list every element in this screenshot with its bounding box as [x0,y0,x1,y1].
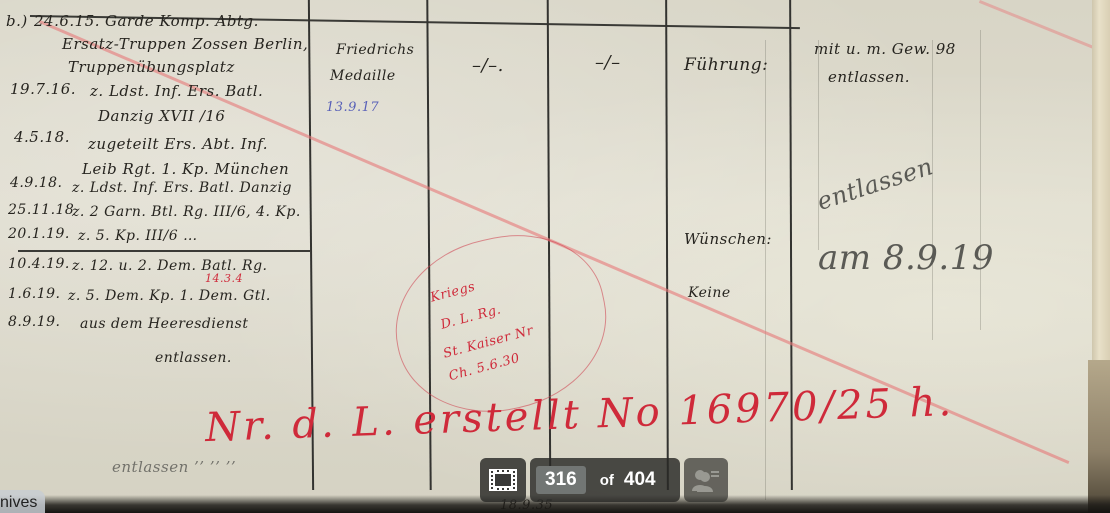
archives-link[interactable]: nives [0,490,45,513]
red-strike-line [979,0,1110,55]
people-list-icon [691,467,721,493]
entry-date: 8.9.19. [8,314,60,330]
dash-mark: –/–. [472,55,504,76]
entry-text: z. 2 Garn. Btl. Rg. III/6, 4. Kp. [72,204,301,220]
remarks-line2: entlassen. [828,68,910,86]
faint-rule [932,40,933,340]
entry-text: Danzig XVII /16 [98,107,225,125]
viewer-controls: 316 of 404 [480,458,728,502]
current-page-input[interactable]: 316 [536,466,586,494]
entry-text: z. 5. Dem. Kp. 1. Dem. Gtl. [68,288,271,304]
entry-text: z. Ldst. Inf. Ers. Batl. Danzig [72,180,292,196]
entry-text: Ersatz-Truppen Zossen Berlin, [62,35,308,53]
medal-line2: Medaille [330,68,396,84]
entry-text: Garde Komp. Abtg. [105,12,259,30]
remarks-line1: mit u. m. Gew. 98 [814,40,956,58]
pencil-remark: entlassen [814,152,937,216]
filmstrip-icon [488,468,518,492]
entry-date: 4.5.18. [14,128,70,146]
total-pages: 404 [624,469,656,491]
faint-rule [818,40,819,250]
wishes-value: Keine [688,285,731,301]
pencil-date: am 8.9.19 [818,238,994,278]
faint-rule [980,30,981,330]
wishes-label: Wünschen: [684,230,772,248]
red-annotation: 14.3.4 [205,272,243,285]
medal-date: 13.9.17 [326,100,379,115]
document-page: b.) 24.6.15. Garde Komp. Abtg. Ersatz-Tr… [0,0,1110,513]
entry-date: 25.11.18 [8,202,74,218]
red-footer-note: Nr. d. L. erstellt No 16970/25 h. [204,379,954,451]
left-column-divider [18,250,310,252]
entry-text: Leib Rgt. 1. Kp. München [82,160,289,178]
entry-text: z. 5. Kp. III/6 … [78,228,198,244]
medal-line1: Friedrichs [336,42,414,58]
entry-text: zugeteilt Ers. Abt. Inf. [88,135,268,153]
entry-date: 10.4.19. [8,256,70,272]
entry-text: entlassen. [155,350,232,366]
entry-text: Truppenübungsplatz [68,58,235,76]
entry-date: 1.6.19. [8,286,60,302]
entry-label: b.) [6,12,28,30]
bottom-pencil-note: entlassen ’’ ’’ ’’ [112,458,236,476]
dash-mark: –/– [595,52,621,73]
people-list-button[interactable] [684,458,728,502]
conduct-label: Führung: [684,55,768,75]
filmstrip-button[interactable] [480,458,526,502]
entry-date: 20.1.19. [8,226,70,242]
page-counter: 316 of 404 [530,458,680,502]
of-label: of [600,472,614,489]
book-edge [1088,360,1110,513]
entry-date: 24.6.15. [34,12,100,30]
entry-date: 19.7.16. [10,80,76,98]
entry-text: z. Ldst. Inf. Ers. Batl. [90,82,263,100]
entry-date: 4.9.18. [10,175,62,191]
image-viewer: b.) 24.6.15. Garde Komp. Abtg. Ersatz-Tr… [0,0,1110,513]
entry-text: aus dem Heeresdienst [80,316,248,332]
